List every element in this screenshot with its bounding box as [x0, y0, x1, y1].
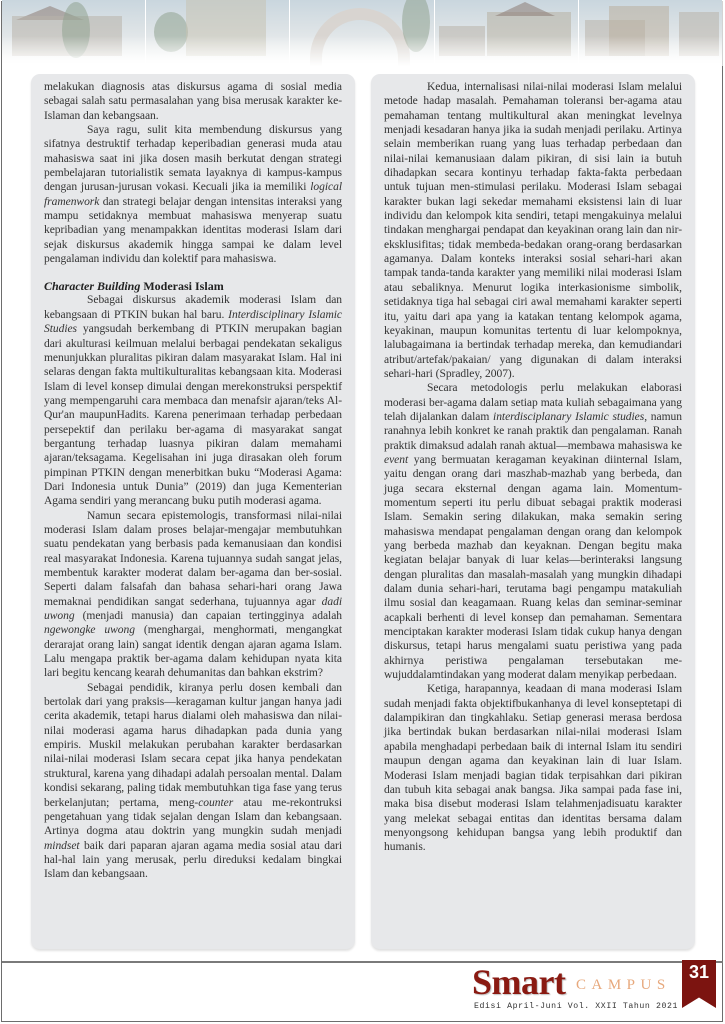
paragraph: Secara metodologis perlu melakukan elabo… — [384, 381, 682, 682]
banner-photo-gate-arch — [290, 0, 434, 66]
paragraph: Ketiga, harapannya, keadaan di mana mode… — [384, 682, 682, 854]
page-number: 31 — [682, 962, 716, 983]
paragraph: Kedua, internalisasi nilai-nilai moderas… — [384, 80, 682, 381]
paragraph: Saya ragu, sulit kita membendung diskurs… — [44, 123, 342, 266]
paragraph: melakukan diagnosis atas diskursus agama… — [44, 80, 342, 123]
paragraph: Sebagai diskursus akademik moderasi Isla… — [44, 293, 342, 508]
article-column-left: melakukan diagnosis atas diskursus agama… — [31, 74, 355, 949]
italic-term: mindset — [44, 840, 80, 852]
magazine-logo: Smart CAMPUS Edisi April-Juni Vol. XXII … — [472, 960, 682, 1010]
logo-campus-text: CAMPUS — [576, 977, 671, 994]
banner-photo-building-1 — [2, 0, 146, 66]
italic-term: event — [384, 454, 408, 466]
banner-photo-building-4 — [579, 0, 723, 66]
paragraph: Namun secara epistemologis, transformasi… — [44, 509, 342, 681]
campus-banner-image — [2, 0, 723, 66]
italic-term: ngewongke uwong — [44, 624, 135, 636]
italic-term: counter — [198, 797, 233, 809]
paragraph: Sebagai pendidik, kiranya perlu dosen ke… — [44, 681, 342, 882]
banner-photo-building-3 — [435, 0, 579, 66]
banner-photo-building-2 — [146, 0, 290, 66]
article-column-right: Kedua, internalisasi nilai-nilai moderas… — [371, 74, 695, 949]
logo-smart-text: Smart — [472, 961, 565, 1003]
italic-term: interdisciplanary Islamic studies — [493, 411, 644, 423]
section-heading: Character Building Moderasi Islam — [44, 279, 342, 293]
edition-info: Edisi April-Juni Vol. XXII Tahun 2021 — [474, 1002, 678, 1011]
